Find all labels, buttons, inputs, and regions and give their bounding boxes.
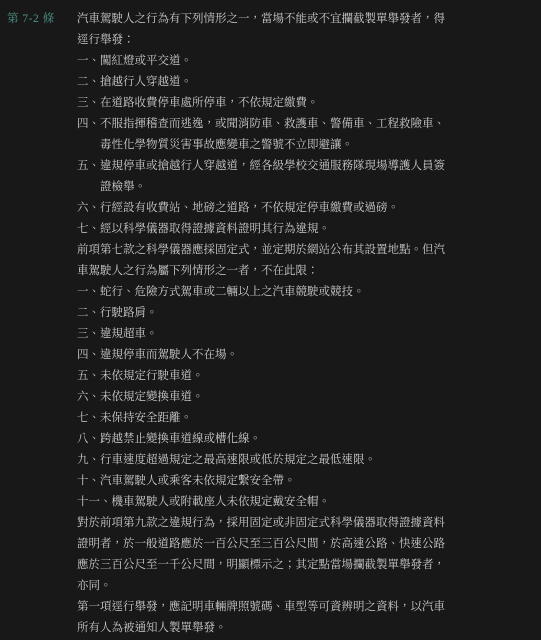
- article-text-line: 七、未保持安全距離。: [77, 408, 541, 429]
- law-article: 第 7-2 條 汽車駕駛人之行為有下列情形之一，當場不能或不宜攔截製單舉發者，得…: [0, 0, 541, 639]
- article-text-line: 五、違規停車或搶越行人穿越道，經各級學校交通服務隊現場導護人員簽: [77, 156, 541, 177]
- article-text-line: 應於三百公尺至一千公尺間，明顯標示之；其定點當場攔截製單舉發者，: [77, 555, 541, 576]
- article-text-line: 亦同。: [77, 576, 541, 597]
- article-text-line: 七、經以科學儀器取得證據資料證明其行為違規。: [77, 219, 541, 240]
- article-text-line: 所有人為被通知人製單舉發。: [77, 618, 541, 639]
- article-body: 汽車駕駛人之行為有下列情形之一，當場不能或不宜攔截製單舉發者，得逕行舉發：一、闖…: [77, 9, 541, 639]
- article-text-line: 二、搶越行人穿越道。: [77, 72, 541, 93]
- article-text-line: 三、違規超車。: [77, 324, 541, 345]
- article-text-line: 二、行駛路肩。: [77, 303, 541, 324]
- article-text-line: 八、跨越禁止變換車道線或槽化線。: [77, 429, 541, 450]
- article-text-line: 四、違規停車而駕駛人不在場。: [77, 345, 541, 366]
- article-text-line: 證明者，於一般道路應於一百公尺至三百公尺間，於高速公路、快速公路: [77, 534, 541, 555]
- article-text-line: 六、行經設有收費站、地磅之道路，不依規定停車繳費或過磅。: [77, 198, 541, 219]
- article-text-line: 三、在道路收費停車處所停車，不依規定繳費。: [77, 93, 541, 114]
- article-text-line: 車駕駛人之行為屬下列情形之一者，不在此限：: [77, 261, 541, 282]
- article-text-line: 前項第七款之科學儀器應採固定式，並定期於網站公布其設置地點。但汽: [77, 240, 541, 261]
- article-text-line: 六、未依規定變換車道。: [77, 387, 541, 408]
- article-text-line: 證檢舉。: [77, 177, 541, 198]
- article-text-line: 汽車駕駛人之行為有下列情形之一，當場不能或不宜攔截製單舉發者，得: [77, 9, 541, 30]
- article-text-line: 五、未依規定行駛車道。: [77, 366, 541, 387]
- article-number-link[interactable]: 第 7-2 條: [7, 9, 77, 30]
- article-text-line: 一、闖紅燈或平交道。: [77, 51, 541, 72]
- article-text-line: 對於前項第九款之違規行為，採用固定或非固定式科學儀器取得證據資料: [77, 513, 541, 534]
- article-text-line: 十、汽車駕駛人或乘客未依規定繫安全帶。: [77, 471, 541, 492]
- article-text-line: 逕行舉發：: [77, 30, 541, 51]
- article-text-line: 毒性化學物質災害事故應變車之警號不立即避讓。: [77, 135, 541, 156]
- article-text-line: 九、行車速度超過規定之最高速限或低於規定之最低速限。: [77, 450, 541, 471]
- article-text-line: 四、不服指揮稽查而逃逸，或聞消防車、救護車、警備車、工程救險車、: [77, 114, 541, 135]
- article-text-line: 第一項逕行舉發，應記明車輛牌照號碼、車型等可資辨明之資料，以汽車: [77, 597, 541, 618]
- article-text-line: 十一、機車駕駛人或附載座人未依規定戴安全帽。: [77, 492, 541, 513]
- article-text-line: 一、蛇行、危險方式駕車或二輛以上之汽車競駛或競技。: [77, 282, 541, 303]
